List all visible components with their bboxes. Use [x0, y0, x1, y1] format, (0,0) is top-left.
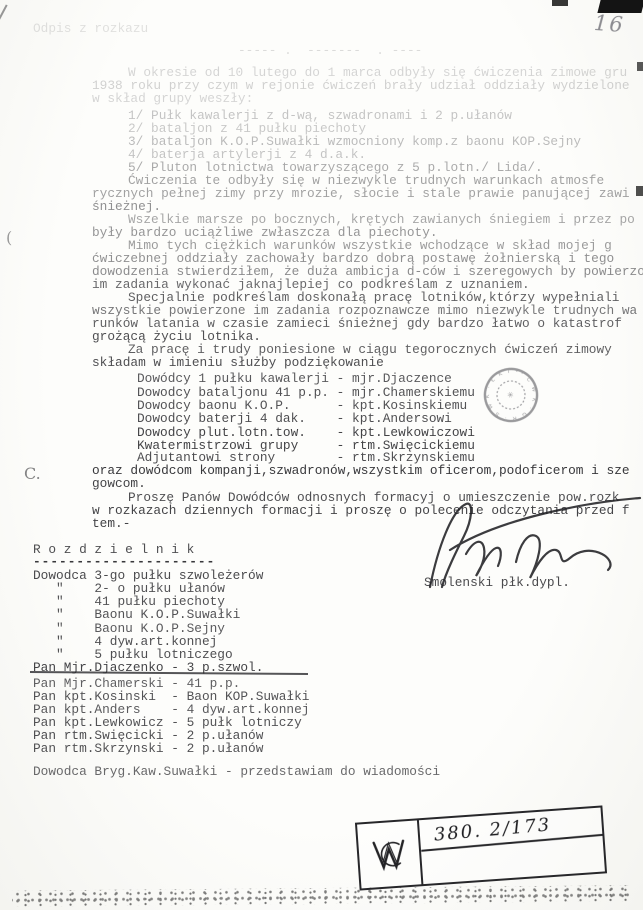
document-line: w skład grupy weszły:	[92, 92, 253, 105]
document-line: ---------------------	[33, 555, 215, 568]
document-line: Dowodca Bryg.Kaw.Suwałki - przedstawiam …	[33, 765, 440, 778]
document-line: Pan rtm.Skrzynski - 2 p.ułanów	[33, 742, 263, 755]
svg-text:✳: ✳	[505, 390, 515, 401]
document-line: Dowodcy baterji 4 dak. - kpt.Andersowi	[137, 412, 452, 425]
document-line: gowcom.	[92, 477, 146, 490]
document-line: " Baonu K.O.P.Suwałki	[33, 608, 240, 621]
document-line: Odpis z rozkazu	[33, 22, 148, 35]
signature-name: Smolenski płk.dypl.	[424, 575, 570, 590]
document-line: oraz dowódcom kompanji,szwadronów,wszyst…	[92, 464, 630, 477]
archive-monogram-cell	[357, 820, 423, 888]
document-line: C.	[24, 466, 41, 479]
caw-monogram-icon	[367, 832, 412, 877]
document-line: (	[6, 230, 12, 243]
typewritten-text-layer: Odpis z rozkazu----- . ------- . ----W o…	[0, 0, 643, 910]
document-line: Dowódcy 1 pułku kawalerji - mjr.Djaczenc…	[137, 372, 452, 385]
document-line: składam w imieniu służby podziękowanie	[92, 356, 384, 369]
document-line: rycznych pełnej zimy przy mrozie, słocie…	[92, 187, 630, 200]
document-line: tem.-	[92, 517, 130, 530]
document-line: ----- . ------- . ----	[238, 44, 422, 57]
scanned-document-page: 16 Odpis z rozkazu----- . ------- . ----…	[0, 0, 643, 910]
